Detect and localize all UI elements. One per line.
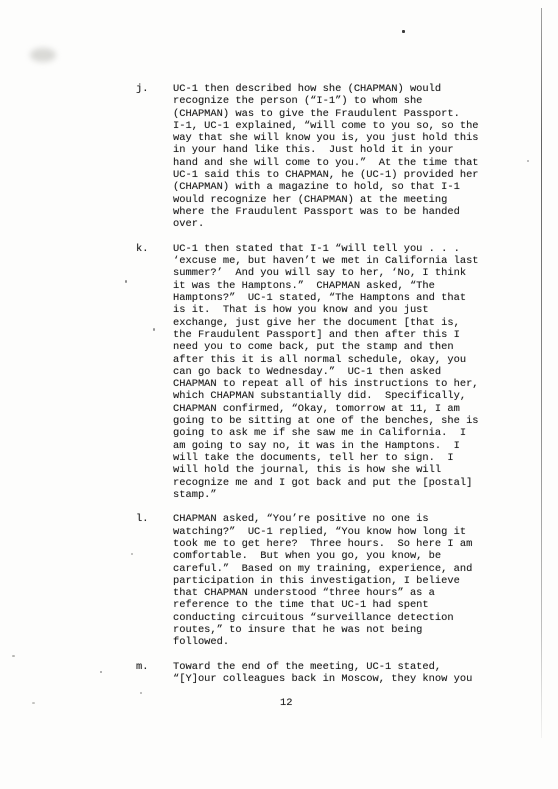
page-number: 12 bbox=[280, 697, 292, 709]
document-body: j. UC-1 then described how she (CHAPMAN)… bbox=[136, 83, 516, 698]
paragraph-label: m. bbox=[136, 661, 173, 686]
paragraph-label: k. bbox=[136, 243, 173, 501]
paragraph-l: l. CHAPMAN asked, “You’re positive no on… bbox=[136, 513, 516, 648]
scan-speck bbox=[527, 160, 529, 162]
scan-speck bbox=[131, 553, 133, 555]
paragraph-label: l. bbox=[136, 513, 173, 648]
paragraph-k: k. UC-1 then stated that I-1 “will tell … bbox=[136, 243, 516, 501]
scan-speck bbox=[100, 671, 102, 673]
paragraph-m: m. Toward the end of the meeting, UC-1 s… bbox=[136, 661, 516, 686]
scan-speck bbox=[402, 30, 405, 33]
paragraph-text: UC-1 then stated that I-1 “will tell you… bbox=[173, 243, 479, 501]
scan-speck bbox=[125, 280, 127, 283]
paragraph-text: UC-1 then described how she (CHAPMAN) wo… bbox=[173, 83, 479, 231]
document-page: j. UC-1 then described how she (CHAPMAN)… bbox=[0, 0, 558, 789]
scan-edge-line bbox=[541, 8, 542, 738]
paragraph-text: CHAPMAN asked, “You’re positive no one i… bbox=[173, 513, 472, 648]
paragraph-j: j. UC-1 then described how she (CHAPMAN)… bbox=[136, 83, 516, 231]
paragraph-text: Toward the end of the meeting, UC-1 stat… bbox=[173, 661, 472, 686]
scan-speck bbox=[12, 655, 15, 657]
scan-speck bbox=[32, 702, 35, 704]
scan-smudge bbox=[30, 48, 56, 62]
paragraph-label: j. bbox=[136, 83, 173, 231]
